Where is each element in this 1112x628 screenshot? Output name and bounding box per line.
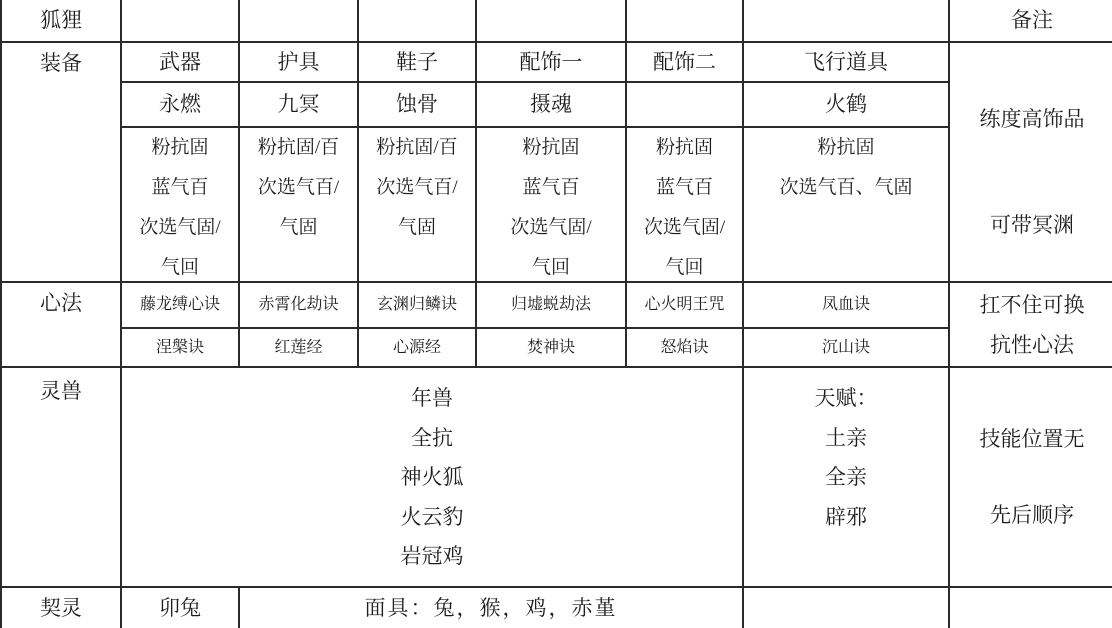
stat-line: 粉抗固/百 xyxy=(258,128,339,168)
stat-line: 粉抗固 xyxy=(817,128,874,168)
empty-cell xyxy=(627,0,744,43)
stat-line: 次选气百/ xyxy=(258,168,339,208)
mind-method-cell: 涅槃诀 xyxy=(122,329,240,368)
mind-method-cell: 玄渊归鳞诀 xyxy=(359,283,477,329)
stat-line: 粉抗固 xyxy=(656,128,713,168)
empty-cell xyxy=(240,0,359,43)
mind-method-cell: 红莲经 xyxy=(240,329,359,368)
stat-line: 蓝气百 xyxy=(522,168,579,208)
empty-cell xyxy=(477,0,627,43)
stat-line: 气固 xyxy=(398,208,436,248)
col-header-armor: 护具 xyxy=(240,43,359,83)
pact-spirit-name: 卯兔 xyxy=(122,588,240,628)
remark-line: 技能位置无 xyxy=(980,426,1085,452)
mind-method-cell: 归墟蜕劫法 xyxy=(477,283,627,329)
stats-accessory1: 粉抗固 蓝气百 次选气固/ 气回 xyxy=(477,128,627,283)
stat-line: 气回 xyxy=(161,248,199,283)
stats-weapon: 粉抗固 蓝气百 次选气固/ 气回 xyxy=(122,128,240,283)
stat-line: 气回 xyxy=(665,248,703,283)
empty-cell xyxy=(122,0,240,43)
empty-cell xyxy=(950,588,1112,628)
stat-line: 粉抗固/百 xyxy=(376,128,457,168)
remark-line: 练度高饰品 xyxy=(980,106,1085,132)
stats-shoes: 粉抗固/百 次选气百/ 气固 xyxy=(359,128,477,283)
mind-method-cell: 心源经 xyxy=(359,329,477,368)
stat-line: 次选气固/ xyxy=(644,208,725,248)
row-label-spirit-beast: 灵兽 xyxy=(2,368,122,588)
beast-talents: 天赋： 土亲 全亲 辟邪 xyxy=(744,368,950,588)
remark-header: 备注 xyxy=(950,0,1112,43)
row-label-fox: 狐狸 xyxy=(2,0,122,43)
remark-line: 先后顺序 xyxy=(990,502,1074,528)
remark-mind-method: 扛不住可换 抗性心法 xyxy=(950,283,1112,368)
beast-line: 全抗 xyxy=(411,419,453,459)
remark-line: 抗性心法 xyxy=(990,325,1074,365)
remark-equipment: 练度高饰品 可带冥渊 xyxy=(950,43,1112,283)
stat-line: 次选气百/ xyxy=(376,168,457,208)
document-page: 狐狸 备注 装备 武器 护具 鞋子 配饰一 配饰二 飞行道具 练度高饰品 可带冥… xyxy=(0,0,1112,628)
equip-name-shoes: 蚀骨 xyxy=(359,83,477,128)
stat-line: 粉抗固 xyxy=(151,128,208,168)
col-header-accessory2: 配饰二 xyxy=(627,43,744,83)
empty-cell xyxy=(359,0,477,43)
remark-line: 扛不住可换 xyxy=(980,285,1085,325)
talent-line: 辟邪 xyxy=(825,498,867,538)
mind-method-cell: 焚神诀 xyxy=(477,329,627,368)
mind-method-cell: 赤霄化劫诀 xyxy=(240,283,359,329)
empty-cell xyxy=(744,0,950,43)
stat-line: 次选气百、气固 xyxy=(779,168,912,208)
col-header-shoes: 鞋子 xyxy=(359,43,477,83)
equip-name-accessory1: 摄魂 xyxy=(477,83,627,128)
mind-method-cell: 心火明王咒 xyxy=(627,283,744,329)
remark-spirit-beast: 技能位置无 先后顺序 xyxy=(950,368,1112,588)
talent-line: 天赋： xyxy=(815,379,878,419)
remark-line: 可带冥渊 xyxy=(990,212,1074,238)
stat-line: 气固 xyxy=(279,208,317,248)
stat-line: 蓝气百 xyxy=(656,168,713,208)
equip-name-accessory2 xyxy=(627,83,744,128)
mind-method-cell: 怒焰诀 xyxy=(627,329,744,368)
stat-line: 粉抗固 xyxy=(522,128,579,168)
stat-line: 次选气固/ xyxy=(139,208,220,248)
row-label-mind-method: 心法 xyxy=(2,283,122,368)
spirit-beast-list: 年兽 全抗 神火狐 火云豹 岩冠鸡 xyxy=(122,368,744,588)
stats-flight-item: 粉抗固 次选气百、气固 xyxy=(744,128,950,283)
col-header-weapon: 武器 xyxy=(122,43,240,83)
talent-line: 全亲 xyxy=(825,458,867,498)
beast-line: 火云豹 xyxy=(401,498,464,538)
stats-accessory2: 粉抗固 蓝气百 次选气固/ 气回 xyxy=(627,128,744,283)
equip-name-flight-item: 火鹤 xyxy=(744,83,950,128)
beast-line: 年兽 xyxy=(411,379,453,419)
stat-line: 次选气固/ xyxy=(510,208,591,248)
stat-line: 蓝气百 xyxy=(151,168,208,208)
equip-name-armor: 九冥 xyxy=(240,83,359,128)
equip-name-weapon: 永燃 xyxy=(122,83,240,128)
empty-cell xyxy=(744,588,950,628)
col-header-accessory1: 配饰一 xyxy=(477,43,627,83)
stat-line: 气回 xyxy=(532,248,570,283)
beast-line: 神火狐 xyxy=(401,458,464,498)
build-table: 狐狸 备注 装备 武器 护具 鞋子 配饰一 配饰二 飞行道具 练度高饰品 可带冥… xyxy=(0,0,1112,628)
mind-method-cell: 藤龙缚心诀 xyxy=(122,283,240,329)
stats-armor: 粉抗固/百 次选气百/ 气固 xyxy=(240,128,359,283)
col-header-flight-item: 飞行道具 xyxy=(744,43,950,83)
row-label-pact-spirit: 契灵 xyxy=(2,588,122,628)
mind-method-cell: 沉山诀 xyxy=(744,329,950,368)
pact-spirit-masks: 面具：兔，猴，鸡，赤堇 xyxy=(240,588,744,628)
beast-line: 岩冠鸡 xyxy=(401,537,464,577)
talent-line: 土亲 xyxy=(825,419,867,459)
row-label-equipment: 装备 xyxy=(2,43,122,283)
mind-method-cell: 凤血诀 xyxy=(744,283,950,329)
